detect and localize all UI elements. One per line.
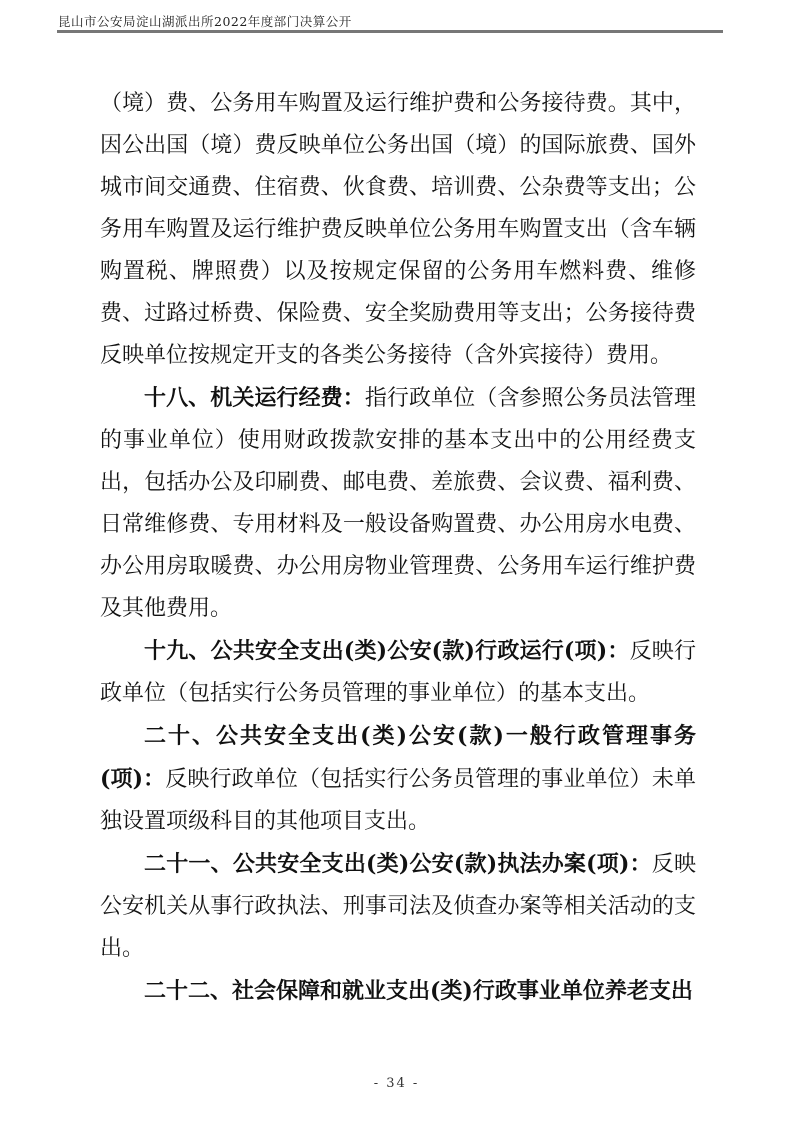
paragraph: 二十、公共安全支出(类)公安(款)一般行政管理事务(项)：反映行政单位（包括实行… [100,715,696,843]
paragraph: 二十二、社会保障和就业支出(类)行政事业单位养老支出 [100,970,696,1013]
paragraph-text: （境）费、公务用车购置及运行维护费和公务接待费。其中，因公出国（境）费反映单位公… [100,91,696,368]
paragraph: 二十一、公共安全支出(类)公安(款)执法办案(项)：反映公安机关从事行政执法、刑… [100,843,696,970]
paragraph: （境）费、公务用车购置及运行维护费和公务接待费。其中，因公出国（境）费反映单位公… [100,82,696,377]
paragraph-lead: 二十一、公共安全支出(类)公安(款)执法办案(项)： [144,851,652,877]
paragraph-text: 反映行政单位（包括实行公务员管理的事业单位）未单独设置项级科目的其他项目支出。 [100,767,696,834]
header-divider [57,30,723,33]
paragraph: 十九、公共安全支出(类)公安(款)行政运行(项)：反映行政单位（包括实行公务员管… [100,630,696,715]
paragraph-lead: 十九、公共安全支出(类)公安(款)行政运行(项)： [144,638,630,664]
document-body: （境）费、公务用车购置及运行维护费和公务接待费。其中，因公出国（境）费反映单位公… [100,82,696,1013]
page-number: - 34 - [0,1076,793,1091]
document-header-title: 昆山市公安局淀山湖派出所2022年度部门决算公开 [58,12,352,30]
paragraph: 十八、机关运行经费：指行政单位（含参照公务员法管理的事业单位）使用财政拨款安排的… [100,377,696,630]
document-page: 昆山市公安局淀山湖派出所2022年度部门决算公开 （境）费、公务用车购置及运行维… [0,0,793,1122]
paragraph-lead: 十八、机关运行经费： [144,385,365,411]
paragraph-lead: 二十二、社会保障和就业支出(类)行政事业单位养老支出 [144,978,693,1004]
paragraph-text: 指行政单位（含参照公务员法管理的事业单位）使用财政拨款安排的基本支出中的公用经费… [100,386,696,621]
